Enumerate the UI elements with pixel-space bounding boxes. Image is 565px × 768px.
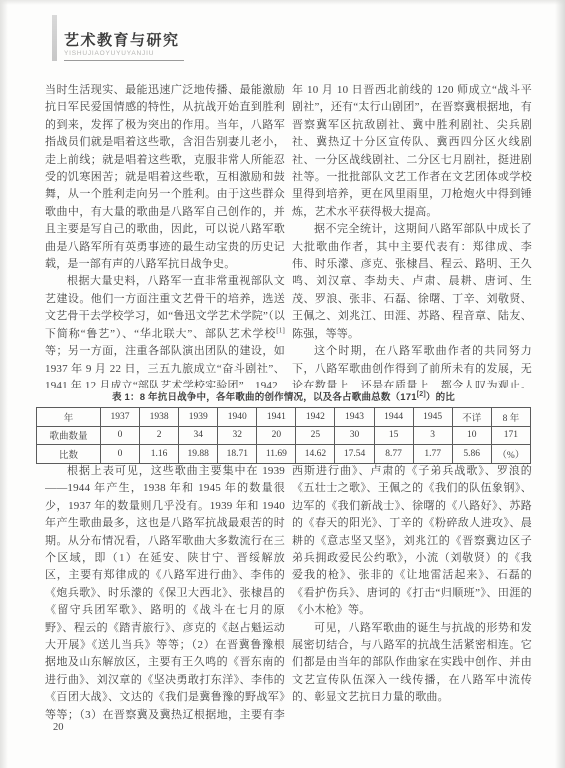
row-header-cell: 年 [37, 408, 101, 427]
table-cell: 1940 [218, 408, 257, 427]
paragraph-text: 等；另一方面，注重各部队演出团队的建设，如 1937 年 9 月 22 日，三五… [45, 345, 285, 388]
journal-page: 艺术教育与研究 YISHUJIAOYUYUYANJIU 当时生活现实、最能迅速广… [0, 0, 565, 768]
data-table: 年193719381939194019411942194319441945不详8… [36, 407, 531, 464]
table-cell: 30 [335, 426, 374, 445]
paragraph: 据不完全统计，这期间八路军部队中成长了大批歌曲作者，其中主要代表有：郑律成、李伟… [292, 221, 532, 343]
page-edge-shadow-right [555, 0, 565, 768]
caption-text: ）的比 [426, 392, 455, 403]
header-accent-bar [52, 15, 57, 61]
table-1-block: 表 1：8 年抗日战争中，各年歌曲的创作情况，以及各占歌曲总数（171[2]）的… [36, 389, 531, 464]
table-cell: 1942 [296, 408, 335, 427]
table-cell: 5.86 [452, 445, 491, 464]
column-title: 艺术教育与研究 [64, 32, 180, 50]
paragraph-text: 根据大量史料，八路军一直非常重视部队文艺建设。他们一方面注重文艺骨干的培养，选送… [45, 275, 285, 339]
left-column-lower: 根据上表可见，这些歌曲主要集中在 1939——1944 年产生，1938 年和 … [45, 463, 285, 721]
paragraph: 可见，八路军歌曲的诞生与抗战的形势和发展密切结合，与八路军的抗战生活紧密相连。它… [292, 620, 532, 707]
table-cell: （%） [491, 445, 530, 464]
footnote-marker-1: [1] [276, 326, 285, 334]
paragraph: 根据上表可见，这些歌曲主要集中在 1939——1944 年产生，1938 年和 … [45, 463, 285, 721]
paragraph: 根据大量史料，八路军一直非常重视部队文艺建设。他们一方面注重文艺骨干的培养，选送… [45, 273, 285, 388]
table-cell: 8 年 [491, 408, 530, 427]
table-cell: 2 [140, 426, 179, 445]
table-row: 比数01.1619.8818.7111.6914.6217.548.771.77… [37, 445, 531, 464]
left-column-upper: 当时生活现实、最能迅速广泛地传播、最能激励抗日军民爱国情感的特性，从抗战开始直到… [45, 82, 285, 388]
page-number: 20 [53, 722, 64, 733]
right-column-lower: 西斯进行曲》、卢肃的《子弟兵战歌》、罗浪的《五壮士之歌》、王佩之的《我们的队伍象… [292, 463, 532, 721]
footnote-marker-2: [2] [417, 391, 426, 398]
table-cell: 15 [374, 426, 413, 445]
table-cell: 1.77 [413, 445, 452, 464]
page-header: 艺术教育与研究 YISHUJIAOYUYUYANJIU [52, 15, 184, 61]
right-column-upper: 年 10 月 10 日晋西北前线的 120 师成立“战斗平剧社”，还有“太行山剧… [292, 82, 532, 388]
table-cell: 1943 [335, 408, 374, 427]
header-text-block: 艺术教育与研究 YISHUJIAOYUYUYANJIU [64, 32, 184, 61]
table-cell: 34 [179, 426, 218, 445]
caption-text: 表 1：8 年抗日战争中，各年歌曲的创作情况，以及各占歌曲总数（171 [112, 392, 417, 403]
table-row: 歌曲数量02343220253015310171 [37, 426, 531, 445]
column-title-pinyin: YISHUJIAOYUYUYANJIU [64, 50, 180, 58]
table-cell: 1939 [179, 408, 218, 427]
upper-text-section: 当时生活现实、最能迅速广泛地传播、最能激励抗日军民爱国情感的特性，从抗战开始直到… [45, 82, 532, 388]
row-header-cell: 歌曲数量 [37, 426, 101, 445]
table-cell: 25 [296, 426, 335, 445]
table-cell: 1937 [101, 408, 140, 427]
row-header-cell: 比数 [37, 445, 101, 464]
paragraph-continuation: 西斯进行曲》、卢肃的《子弟兵战歌》、罗浪的《五壮士之歌》、王佩之的《我们的队伍象… [292, 463, 532, 620]
table-cell: 1.16 [140, 445, 179, 464]
table-cell: 不详 [452, 408, 491, 427]
table-cell: 14.62 [296, 445, 335, 464]
table-cell: 1938 [140, 408, 179, 427]
table-cell: 11.69 [257, 445, 296, 464]
paragraph-continuation: 当时生活现实、最能迅速广泛地传播、最能激励抗日军民爱国情感的特性，从抗战开始直到… [45, 82, 285, 273]
data-table-body: 年193719381939194019411942194319441945不详8… [37, 408, 531, 464]
table-cell: 20 [257, 426, 296, 445]
table-cell: 8.77 [374, 445, 413, 464]
table-caption: 表 1：8 年抗日战争中，各年歌曲的创作情况，以及各占歌曲总数（171[2]）的… [36, 389, 531, 403]
table-cell: 0 [101, 426, 140, 445]
page-edge-shadow-left [0, 0, 8, 768]
table-cell: 171 [491, 426, 530, 445]
table-row: 年193719381939194019411942194319441945不详8… [37, 408, 531, 427]
table-cell: 10 [452, 426, 491, 445]
page-footer: 20 [53, 722, 64, 733]
table-cell: 3 [413, 426, 452, 445]
table-cell: 18.71 [218, 445, 257, 464]
paragraph: 这个时期，在八路军歌曲作者的共同努力下，八路军歌曲创作得到了前所未有的发展，无论… [292, 343, 532, 388]
paragraph-continuation: 年 10 月 10 日晋西北前线的 120 师成立“战斗平剧社”，还有“太行山剧… [292, 82, 532, 221]
table-cell: 19.88 [179, 445, 218, 464]
table-cell: 1941 [257, 408, 296, 427]
page-edge-shadow-top [0, 0, 565, 5]
table-cell: 1944 [374, 408, 413, 427]
table-cell: 17.54 [335, 445, 374, 464]
table-cell: 32 [218, 426, 257, 445]
table-cell: 1945 [413, 408, 452, 427]
lower-text-section: 根据上表可见，这些歌曲主要集中在 1939——1944 年产生，1938 年和 … [45, 463, 532, 721]
table-cell: 0 [101, 445, 140, 464]
